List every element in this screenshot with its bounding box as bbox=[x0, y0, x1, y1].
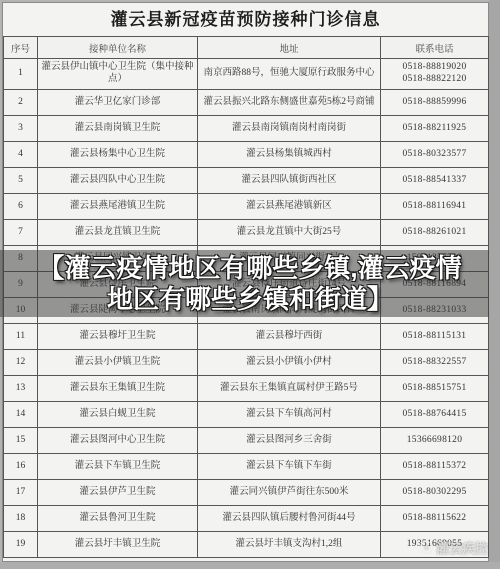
clinic-address-cell: 灌云县南岗镇南岗村南岗街 bbox=[198, 116, 381, 142]
clinic-name-cell: 灌云县小伊镇卫生院 bbox=[38, 350, 198, 376]
clinic-table: 序号 接种单位名称 地址 联系电话 1灌云县伊山镇中心卫生院（集中接种点）南京西… bbox=[3, 36, 489, 558]
clinic-name-cell: 灌云县下车镇卫生院 bbox=[38, 454, 198, 480]
clinic-name-cell: 灌云县侍庄卫生院 bbox=[38, 272, 198, 298]
row-number-cell: 15 bbox=[4, 428, 38, 454]
table-row: 5灌云县四队中心卫生院灌云县四队镇街西社区0518-88541337 bbox=[4, 168, 489, 194]
clinic-phone-cell: 0518-88515751 bbox=[381, 376, 489, 402]
clinic-address-cell: 灌云县图河乡三舍街 bbox=[198, 428, 381, 454]
row-number-cell: 17 bbox=[4, 480, 38, 506]
clinic-name-cell: 灌云县东王集镇卫生院 bbox=[38, 376, 198, 402]
row-number-cell: 9 bbox=[4, 272, 38, 298]
table-row: 15灌云县图河中心卫生院灌云县图河乡三舍街15366698120 bbox=[4, 428, 489, 454]
photo-edge-right bbox=[489, 0, 500, 569]
row-number-cell: 7 bbox=[4, 220, 38, 246]
row-number-cell: 19 bbox=[4, 532, 38, 558]
clinic-name-cell: 灌云县同兴镇卫生院 bbox=[38, 246, 198, 272]
row-number-cell: 18 bbox=[4, 506, 38, 532]
table-row: 6灌云县燕尾港镇卫生院灌云县燕尾港镇新区0518-88116941 bbox=[4, 194, 489, 220]
row-number-cell: 2 bbox=[4, 90, 38, 116]
clinic-phone-cell: 0518-888190200518-88822120 bbox=[381, 59, 489, 90]
clinic-phone-cell: 15961357708 bbox=[381, 246, 489, 272]
clinic-address-cell: 南京西路88号，恒驰大厦原行政服务中心 bbox=[198, 59, 381, 90]
row-number-cell: 13 bbox=[4, 376, 38, 402]
table-row: 16灌云县下车镇卫生院灌云县下车镇下车街0518-88115372 bbox=[4, 454, 489, 480]
clinic-address-cell: 灌云县燕尾港镇新区 bbox=[198, 194, 381, 220]
table-row: 3灌云县南岗镇卫生院灌云县南岗镇南岗村南岗街0518-88211925 bbox=[4, 116, 489, 142]
clinic-phone-cell: 0518-88115622 bbox=[381, 506, 489, 532]
clinic-name-cell: 灌云县白蚬卫生院 bbox=[38, 402, 198, 428]
clinic-address-cell: 灌云县圩丰镇支沟村1,2组 bbox=[198, 532, 381, 558]
clinic-phone-cell: 0518-88541337 bbox=[381, 168, 489, 194]
clinic-address-cell: 灌云县下车镇高河村 bbox=[198, 402, 381, 428]
table-row: 17灌云县伊芦卫生院灌云同兴镇伊芦街往东500米0518-80302295 bbox=[4, 480, 489, 506]
table-page: 灌云县新冠疫苗预防接种门诊信息 序号 接种单位名称 地址 联系电话 1灌云县伊山… bbox=[2, 2, 489, 562]
table-row: 13灌云县东王集镇卫生院灌云县东王集镇直属村伊王路5号0518-88515751 bbox=[4, 376, 489, 402]
clinic-address-cell: 灌云同兴镇伊芦街往东500米 bbox=[198, 480, 381, 506]
clinic-phone-cell: 0518-88764415 bbox=[381, 402, 489, 428]
clinic-phone-cell: 0518-88115131 bbox=[381, 324, 489, 350]
row-number-cell: 3 bbox=[4, 116, 38, 142]
clinic-name-cell: 灌云县燕尾港镇卫生院 bbox=[38, 194, 198, 220]
table-row: 10灌云县陡沟中心卫生院灌云县南岗镇陡沟村陡沟街西首0518-88231033 bbox=[4, 298, 489, 324]
clinic-name-cell: 灌云县南岗镇卫生院 bbox=[38, 116, 198, 142]
clinic-name-cell: 灌云县伊芦卫生院 bbox=[38, 480, 198, 506]
clinic-phone-cell: 0518-80302295 bbox=[381, 480, 489, 506]
clinic-phone-cell: 0518-88211925 bbox=[381, 116, 489, 142]
clinic-address-cell: 灌云县杨集镇城西村 bbox=[198, 142, 381, 168]
clinic-name-cell: 灌云华卫亿家门诊部 bbox=[38, 90, 198, 116]
column-header-address: 地址 bbox=[198, 37, 381, 59]
table-row: 8灌云县同兴镇卫生院灌云县同兴镇同兴街3号15961357708 bbox=[4, 246, 489, 272]
row-number-cell: 6 bbox=[4, 194, 38, 220]
clinic-address-cell: 灌云县四队镇后腰村鲁河街44号 bbox=[198, 506, 381, 532]
clinic-phone-cell: 0518-88116941 bbox=[381, 194, 489, 220]
row-number-cell: 8 bbox=[4, 246, 38, 272]
row-number-cell: 10 bbox=[4, 298, 38, 324]
clinic-address-cell: 灌云县四队镇街西社区 bbox=[198, 168, 381, 194]
row-number-cell: 1 bbox=[4, 59, 38, 90]
clinic-phone-cell: 0518-88261021 bbox=[381, 220, 489, 246]
row-number-cell: 16 bbox=[4, 454, 38, 480]
clinic-address-cell: 灌云县同兴镇同兴街3号 bbox=[198, 246, 381, 272]
clinic-phone-cell: 0518-88115372 bbox=[381, 454, 489, 480]
table-row: 12灌云县小伊镇卫生院灌云县小伊镇小伊村0518-88322557 bbox=[4, 350, 489, 376]
page-title: 灌云县新冠疫苗预防接种门诊信息 bbox=[3, 3, 488, 36]
clinic-name-cell: 灌云县陡沟中心卫生院 bbox=[38, 298, 198, 324]
screenshot-photo: 灌云县新冠疫苗预防接种门诊信息 序号 接种单位名称 地址 联系电话 1灌云县伊山… bbox=[0, 0, 500, 569]
clinic-phone-cell: 0518-88231033 bbox=[381, 298, 489, 324]
clinic-name-cell: 灌云县穆圩卫生院 bbox=[38, 324, 198, 350]
row-number-cell: 4 bbox=[4, 142, 38, 168]
clinic-name-cell: 灌云县龙苴镇卫生院 bbox=[38, 220, 198, 246]
column-header-no: 序号 bbox=[4, 37, 38, 59]
row-number-cell: 5 bbox=[4, 168, 38, 194]
clinic-name-cell: 灌云县鲁河卫生院 bbox=[38, 506, 198, 532]
column-header-name: 接种单位名称 bbox=[38, 37, 198, 59]
table-row: 4灌云县杨集中心卫生院灌云县杨集镇城西村0518-80323577 bbox=[4, 142, 489, 168]
clinic-address-cell: 灌云县龙苴镇中大街25号 bbox=[198, 220, 381, 246]
row-number-cell: 11 bbox=[4, 324, 38, 350]
clinic-phone-cell: 0518-80323577 bbox=[381, 142, 489, 168]
row-number-cell: 12 bbox=[4, 350, 38, 376]
clinic-phone-cell: 19351669055 bbox=[381, 532, 489, 558]
clinic-name-cell: 灌云县圩丰镇卫生院 bbox=[38, 532, 198, 558]
table-row: 2灌云华卫亿家门诊部灌云县振兴北路东侧盛世嘉苑5栋2号商铺0518-888599… bbox=[4, 90, 489, 116]
clinic-name-cell: 灌云县杨集中心卫生院 bbox=[38, 142, 198, 168]
table-row: 18灌云县鲁河卫生院灌云县四队镇后腰村鲁河街44号0518-88115622 bbox=[4, 506, 489, 532]
clinic-address-cell: 灌云县东王集镇直属村伊王路5号 bbox=[198, 376, 381, 402]
column-header-phone: 联系电话 bbox=[381, 37, 489, 59]
table-row: 11灌云县穆圩卫生院灌云县穆圩西街0518-88115131 bbox=[4, 324, 489, 350]
table-row: 7灌云县龙苴镇卫生院灌云县龙苴镇中大街25号0518-88261021 bbox=[4, 220, 489, 246]
table-row: 9灌云县侍庄卫生院灌云县侍庄街道侍庄街14号0518-88116894 bbox=[4, 272, 489, 298]
clinic-name-cell: 灌云县伊山镇中心卫生院（集中接种点） bbox=[38, 59, 198, 90]
table-row: 14灌云县白蚬卫生院灌云县下车镇高河村0518-88764415 bbox=[4, 402, 489, 428]
table-body: 1灌云县伊山镇中心卫生院（集中接种点）南京西路88号，恒驰大厦原行政服务中心05… bbox=[4, 59, 489, 558]
clinic-phone-cell: 0518-88322557 bbox=[381, 350, 489, 376]
clinic-phone-cell: 15366698120 bbox=[381, 428, 489, 454]
clinic-name-cell: 灌云县图河中心卫生院 bbox=[38, 428, 198, 454]
row-number-cell: 14 bbox=[4, 402, 38, 428]
photo-edge-bottom bbox=[0, 562, 500, 569]
clinic-phone-cell: 0518-88116894 bbox=[381, 272, 489, 298]
clinic-address-cell: 灌云县振兴北路东侧盛世嘉苑5栋2号商铺 bbox=[198, 90, 381, 116]
clinic-address-cell: 灌云县小伊镇小伊村 bbox=[198, 350, 381, 376]
table-row: 19灌云县圩丰镇卫生院灌云县圩丰镇支沟村1,2组19351669055 bbox=[4, 532, 489, 558]
clinic-address-cell: 灌云县下车镇下车街 bbox=[198, 454, 381, 480]
clinic-address-cell: 灌云县南岗镇陡沟村陡沟街西首 bbox=[198, 298, 381, 324]
table-header-row: 序号 接种单位名称 地址 联系电话 bbox=[4, 37, 489, 59]
clinic-address-cell: 灌云县侍庄街道侍庄街14号 bbox=[198, 272, 381, 298]
clinic-name-cell: 灌云县四队中心卫生院 bbox=[38, 168, 198, 194]
clinic-address-cell: 灌云县穆圩西街 bbox=[198, 324, 381, 350]
table-row: 1灌云县伊山镇中心卫生院（集中接种点）南京西路88号，恒驰大厦原行政服务中心05… bbox=[4, 59, 489, 90]
clinic-phone-cell: 0518-88859996 bbox=[381, 90, 489, 116]
